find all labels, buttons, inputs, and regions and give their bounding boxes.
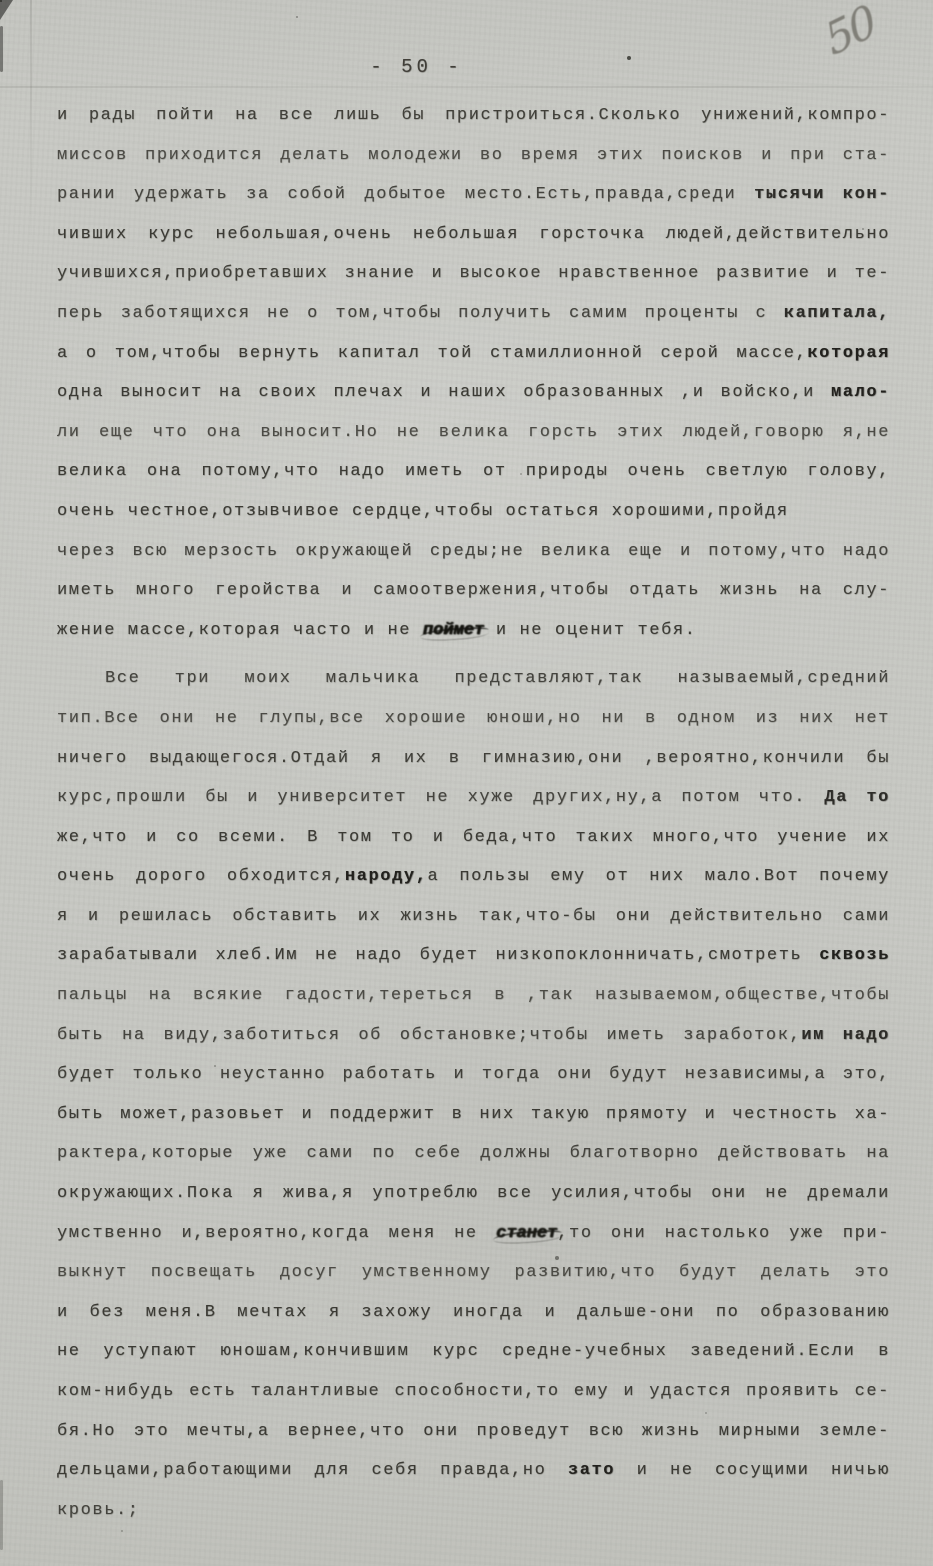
overwritten-word: поймет (423, 621, 484, 640)
text-line: перь заботящихся не о том,чтобы получить… (57, 294, 890, 334)
text-segment: я и решилась обставить их жизнь так,что-… (57, 907, 890, 926)
text-line: тип.Все они не глупы,все хорошие юноши,н… (57, 699, 890, 739)
text-segment: велика она потому,что надо иметь от прир… (57, 462, 890, 481)
text-segment: и рады пойти на все лишь бы пристроиться… (57, 106, 890, 125)
text-line: а о том,чтобы вернуть капитал той стамил… (57, 334, 890, 374)
text-line: и без меня.В мечтах я захожу иногда и да… (57, 1293, 890, 1333)
paper-crease-vertical (30, 0, 32, 250)
text-line: через всю мерзость окружающей среды;не в… (57, 532, 890, 572)
overwritten-word: станет (496, 1224, 557, 1243)
text-segment: перь заботящихся не о том,чтобы получить… (57, 304, 784, 323)
text-line: я и решилась обставить их жизнь так,что-… (57, 897, 890, 937)
text-segment: будет только неустанно работать и тогда … (57, 1065, 890, 1084)
text-line: не уступают юношам,кончившим курс средне… (57, 1332, 890, 1372)
text-segment: и не оценит тебя. (484, 621, 696, 640)
scan-edge-artifact-lower (0, 1480, 3, 1550)
text-line: Все три моих мальчика представляют,так н… (57, 659, 890, 699)
text-segment: рактера,которые уже сами по себе должны … (57, 1144, 890, 1163)
text-line: быть на виду,заботиться об обстановке;чт… (57, 1016, 890, 1056)
text-segment: Все три моих мальчика представляют,так н… (105, 669, 890, 688)
text-line: миссов приходится делать молодежи во вре… (57, 136, 890, 176)
text-segment: жение массе,которая часто и не (57, 621, 423, 640)
ink-specks (0, 0, 2, 2)
text-line: пальцы на всякие гадости,тереться в ,так… (57, 976, 890, 1016)
text-line: велика она потому,что надо иметь от прир… (57, 452, 890, 492)
text-line: же,что и со всеми. В том то и беда,что т… (57, 818, 890, 858)
text-segment: ,то они настолько уже при- (557, 1224, 890, 1243)
text-line: ли еще что она выносит.Но не велика горс… (57, 413, 890, 453)
text-segment: же,что и со всеми. В том то и беда,что т… (57, 828, 890, 847)
text-segment: не уступают юношам,кончившим курс средне… (57, 1342, 890, 1361)
text-line: дельцами,работающими для себя правда,но … (57, 1451, 890, 1491)
text-segment: и не сосущими ничью (615, 1461, 890, 1480)
text-segment: иметь много геройства и самоотвержения,ч… (57, 581, 890, 600)
text-segment: чивших курс небольшая,очень небольшая го… (57, 225, 890, 244)
text-line: курс,прошли бы и университет не хуже дру… (57, 778, 890, 818)
text-line: ничего выдающегося.Отдай я их в гимназию… (57, 739, 890, 779)
text-segment: окружающих.Пока я жива,я употреблю все у… (57, 1184, 890, 1203)
text-line: ком-нибудь есть талантливые способности,… (57, 1372, 890, 1412)
text-segment: рании удержать за собой добытое место.Ес… (57, 185, 754, 204)
text-line: рании удержать за собой добытое место.Ес… (57, 175, 890, 215)
text-segment: ком-нибудь есть талантливые способности,… (57, 1382, 890, 1401)
text-line: будет только неустанно работать и тогда … (57, 1055, 890, 1095)
text-segment: ничего выдающегося.Отдай я их в гимназию… (57, 749, 890, 768)
text-segment: мало- (831, 383, 890, 402)
text-segment: зарабатывали хлеб.Им не надо будет низко… (57, 946, 819, 965)
text-line: бя.Но это мечты,а вернее,что они проведу… (57, 1412, 890, 1452)
text-line: кровь.; (57, 1491, 890, 1531)
text-segment: сквозь (819, 946, 890, 965)
text-line: иметь много геройства и самоотвержения,ч… (57, 571, 890, 611)
text-segment: пальцы на всякие гадости,тереться в ,так… (57, 986, 890, 1005)
text-segment: быть на виду,заботиться об обстановке;чт… (57, 1026, 801, 1045)
text-segment: дельцами,работающими для себя правда,но (57, 1461, 568, 1480)
scan-corner-artifact (0, 0, 13, 20)
text-line: очень дорого обходится,народу,а пользы е… (57, 857, 890, 897)
text-segment: миссов приходится делать молодежи во вре… (57, 146, 890, 165)
text-segment: ли еще что она выносит.Но не велика горс… (57, 423, 890, 442)
text-segment: народу, (345, 867, 428, 886)
text-segment: Да то (824, 788, 890, 807)
paper-crease-horizontal (0, 86, 933, 88)
text-line: выкнут посвещать досуг умственному разви… (57, 1253, 890, 1293)
text-segment: одна выносит на своих плечах и наших обр… (57, 383, 831, 402)
text-segment: а пользы ему от них мало.Вот почему (428, 867, 890, 886)
text-segment: через всю мерзость окружающей среды;не в… (57, 542, 890, 561)
text-segment: капитала, (784, 304, 890, 323)
text-segment: тысячи кон- (754, 185, 890, 204)
text-line: зарабатывали хлеб.Им не надо будет низко… (57, 936, 890, 976)
text-segment: учившихся,приобретавших знание и высокое… (57, 264, 890, 283)
text-line: умственно и,вероятно,когда меня не стане… (57, 1214, 890, 1254)
text-segment: очень дорого обходится, (57, 867, 345, 886)
text-line: рактера,которые уже сами по себе должны … (57, 1134, 890, 1174)
text-line: быть может,разовьет и поддержит в них та… (57, 1095, 890, 1135)
text-line: очень честное,отзывчивое сердце,чтобы ос… (57, 492, 890, 532)
scanned-document-page: 50 - 50 - и рады пойти на все лишь бы пр… (0, 0, 933, 1566)
text-segment: а о том,чтобы вернуть капитал той стамил… (57, 344, 807, 363)
text-line: одна выносит на своих плечах и наших обр… (57, 373, 890, 413)
document-lines: и рады пойти на все лишь бы пристроиться… (57, 96, 890, 1530)
text-segment: кровь.; (57, 1501, 140, 1520)
text-segment: которая (807, 344, 890, 363)
text-segment: курс,прошли бы и университет не хуже дру… (57, 788, 824, 807)
text-segment: выкнут посвещать досуг умственному разви… (57, 1263, 890, 1282)
text-line: жение массе,которая часто и не поймет и … (57, 611, 890, 651)
typed-page-number: - 50 - (0, 56, 883, 78)
text-line: окружающих.Пока я жива,я употреблю все у… (57, 1174, 890, 1214)
text-segment: и без меня.В мечтах я захожу иногда и да… (57, 1303, 890, 1322)
text-segment: зато (568, 1461, 615, 1480)
text-segment: очень честное,отзывчивое сердце,чтобы ос… (57, 502, 789, 521)
text-line: и рады пойти на все лишь бы пристроиться… (57, 96, 890, 136)
text-segment: тип.Все они не глупы,все хорошие юноши,н… (57, 709, 890, 728)
text-line: чивших курс небольшая,очень небольшая го… (57, 215, 890, 255)
text-segment: умственно и,вероятно,когда меня не (57, 1224, 496, 1243)
text-segment: быть может,разовьет и поддержит в них та… (57, 1105, 890, 1124)
text-line: учившихся,приобретавших знание и высокое… (57, 254, 890, 294)
text-segment: им надо (801, 1026, 890, 1045)
text-segment: бя.Но это мечты,а вернее,что они проведу… (57, 1422, 890, 1441)
